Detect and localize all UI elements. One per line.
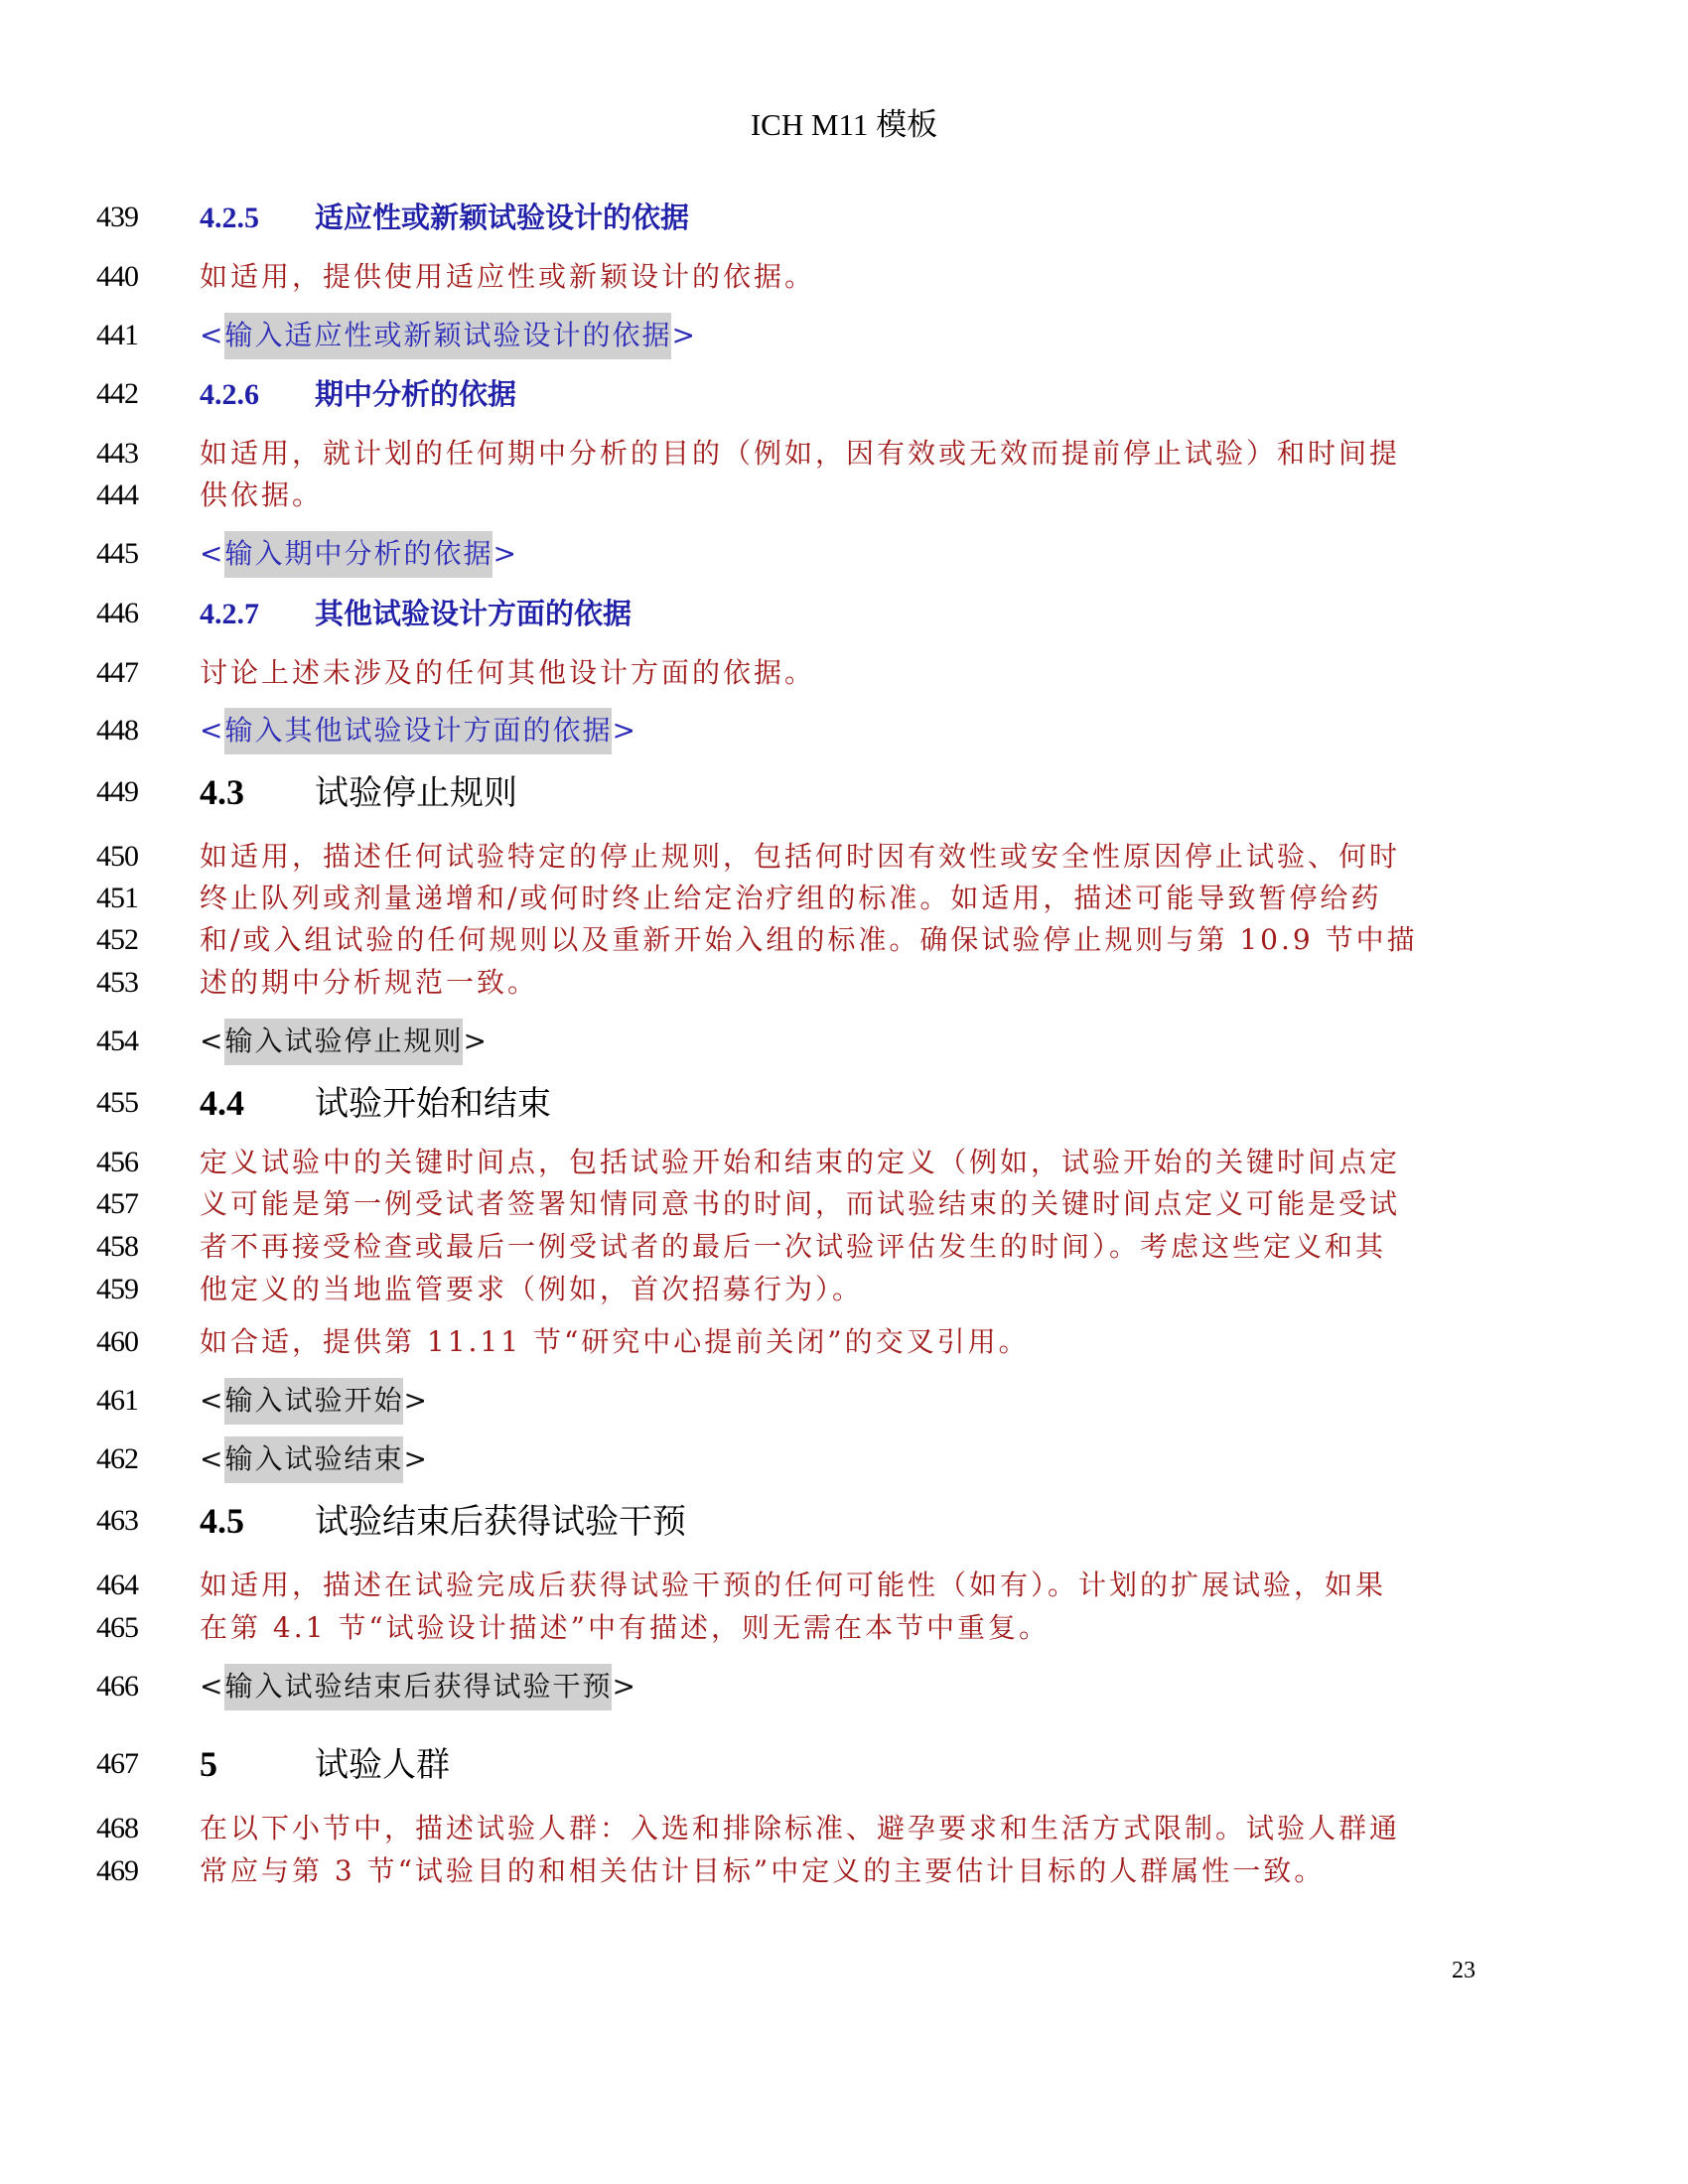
placeholder-input-other-design[interactable]: 输入其他试验设计方面的依据	[224, 708, 612, 754]
instruction-text: 468 在以下小节中，描述试验人群：入选和排除标准、避孕要求和生活方式限制。试验…	[0, 1807, 1688, 1850]
line-number: 453	[96, 961, 156, 1005]
instruction-text: 452 和/或入组试验的任何规则以及重新开始入组的标准。确保试验停止规则与第 1…	[0, 918, 1688, 962]
placeholder-input-trial-end[interactable]: 输入试验结束	[224, 1436, 403, 1483]
instruction-text: 450 如适用，描述任何试验特定的停止规则，包括何时因有效性或安全性原因停止试验…	[0, 835, 1688, 879]
instruction-text-content: 终止队列或剂量递增和/或何时终止给定治疗组的标准。如适用，描述可能导致暂停给药	[200, 877, 1381, 920]
line-number: 449	[96, 770, 156, 814]
placeholder-field: 466 <输入试验结束后获得试验干预>	[0, 1665, 1688, 1708]
section-number: 4.3	[200, 770, 315, 814]
instruction-text-content: 如适用，描述任何试验特定的停止规则，包括何时因有效性或安全性原因停止试验、何时	[200, 835, 1400, 879]
instruction-text: 444 供依据。	[0, 474, 1688, 517]
line-number: 440	[96, 255, 156, 299]
instruction-text: 451 终止队列或剂量递增和/或何时终止给定治疗组的标准。如适用，描述可能导致暂…	[0, 877, 1688, 920]
section-title: 试验结束后获得试验干预	[315, 1502, 686, 1542]
section-number: 4.2.6	[200, 373, 315, 417]
section-number: 4.2.5	[200, 197, 315, 240]
line-number: 461	[96, 1379, 156, 1423]
line-number: 465	[96, 1606, 156, 1650]
line-number: 439	[96, 196, 156, 239]
line-number: 469	[96, 1849, 156, 1893]
bracket-close: >	[612, 1670, 636, 1703]
instruction-text: 447 讨论上述未涉及的任何其他设计方面的依据。	[0, 651, 1688, 695]
bracket-open: <	[200, 714, 224, 747]
section-number: 5	[200, 1742, 315, 1786]
placeholder-field: 462 <输入试验结束>	[0, 1437, 1688, 1481]
placeholder-input-trial-start[interactable]: 输入试验开始	[224, 1378, 403, 1425]
instruction-text: 453 述的期中分析规范一致。	[0, 961, 1688, 1005]
section-title: 适应性或新颖试验设计的依据	[315, 201, 689, 234]
instruction-text-content: 如适用，描述在试验完成后获得试验干预的任何可能性（如有）。计划的扩展试验，如果	[200, 1564, 1386, 1607]
line-number: 450	[96, 835, 156, 879]
bracket-open: <	[200, 537, 224, 570]
line-number: 454	[96, 1020, 156, 1063]
instruction-text: 465 在第 4.1 节“试验设计描述”中有描述，则无需在本节中重复。	[0, 1606, 1688, 1650]
section-heading-4-3: 449 4.3试验停止规则	[0, 770, 1688, 814]
placeholder-field: 441 <输入适应性或新颖试验设计的依据>	[0, 314, 1688, 357]
line-number: 455	[96, 1081, 156, 1125]
line-number: 445	[96, 532, 156, 576]
instruction-text-content: 供依据。	[200, 474, 323, 517]
instruction-text-content: 述的期中分析规范一致。	[200, 961, 538, 1005]
section-heading-5: 467 5试验人群	[0, 1742, 1688, 1786]
section-title: 试验人群	[315, 1745, 450, 1785]
placeholder-input-stopping-rules[interactable]: 输入试验停止规则	[224, 1019, 463, 1065]
line-number: 468	[96, 1807, 156, 1850]
instruction-text-content: 和/或入组试验的任何规则以及重新开始入组的标准。确保试验停止规则与第 10.9 …	[200, 918, 1418, 962]
line-number: 452	[96, 918, 156, 962]
line-number: 459	[96, 1268, 156, 1311]
placeholder-input-interim-analysis[interactable]: 输入期中分析的依据	[224, 531, 492, 578]
placeholder-field: 454 <输入试验停止规则>	[0, 1020, 1688, 1063]
instruction-text-content: 义可能是第一例受试者签署知情同意书的时间，而试验结束的关键时间点定义可能是受试	[200, 1182, 1400, 1226]
instruction-text: 443 如适用，就计划的任何期中分析的目的（例如，因有效或无效而提前停止试验）和…	[0, 432, 1688, 476]
instruction-text: 440 如适用，提供使用适应性或新颖设计的依据。	[0, 255, 1688, 299]
instruction-text: 458 者不再接受检查或最后一例受试者的最后一次试验评估发生的时间）。考虑这些定…	[0, 1225, 1688, 1269]
bracket-open: <	[200, 1384, 224, 1417]
line-number: 464	[96, 1564, 156, 1607]
line-number: 442	[96, 372, 156, 416]
section-title: 期中分析的依据	[315, 377, 516, 411]
bracket-close: >	[492, 537, 517, 570]
section-heading-4-2-5: 439 4.2.5适应性或新颖试验设计的依据	[0, 196, 1688, 239]
instruction-text: 456 定义试验中的关键时间点，包括试验开始和结束的定义（例如，试验开始的关键时…	[0, 1141, 1688, 1184]
instruction-text-content: 如合适，提供第 11.11 节“研究中心提前关闭”的交叉引用。	[200, 1320, 1030, 1364]
bracket-close: >	[463, 1024, 488, 1057]
instruction-text-content: 定义试验中的关键时间点，包括试验开始和结束的定义（例如，试验开始的关键时间点定	[200, 1141, 1400, 1184]
line-number: 443	[96, 432, 156, 476]
instruction-text-content: 在以下小节中，描述试验人群：入选和排除标准、避孕要求和生活方式限制。试验人群通	[200, 1807, 1400, 1850]
line-number: 460	[96, 1320, 156, 1364]
line-number: 457	[96, 1182, 156, 1226]
bracket-close: >	[612, 714, 636, 747]
instruction-text-content: 如适用，就计划的任何期中分析的目的（例如，因有效或无效而提前停止试验）和时间提	[200, 432, 1400, 476]
line-number: 462	[96, 1437, 156, 1481]
instruction-text-content: 常应与第 3 节“试验目的和相关估计目标”中定义的主要估计目标的人群属性一致。	[200, 1849, 1325, 1893]
instruction-text-content: 者不再接受检查或最后一例受试者的最后一次试验评估发生的时间）。考虑这些定义和其	[200, 1225, 1386, 1269]
placeholder-field: 448 <输入其他试验设计方面的依据>	[0, 709, 1688, 752]
bracket-open: <	[200, 1442, 224, 1475]
instruction-text: 464 如适用，描述在试验完成后获得试验干预的任何可能性（如有）。计划的扩展试验…	[0, 1564, 1688, 1607]
section-heading-4-4: 455 4.4试验开始和结束	[0, 1081, 1688, 1125]
instruction-text-content: 他定义的当地监管要求（例如，首次招募行为）。	[200, 1268, 863, 1311]
section-heading-4-2-6: 442 4.2.6期中分析的依据	[0, 372, 1688, 416]
placeholder-input-adaptive-design[interactable]: 输入适应性或新颖试验设计的依据	[224, 313, 671, 359]
bracket-close: >	[671, 319, 696, 351]
line-number: 451	[96, 877, 156, 920]
section-number: 4.5	[200, 1499, 315, 1543]
line-number: 441	[96, 314, 156, 357]
bracket-open: <	[200, 1670, 224, 1703]
section-title: 试验开始和结束	[315, 1084, 551, 1124]
bracket-open: <	[200, 1024, 224, 1057]
line-number: 448	[96, 709, 156, 752]
placeholder-field: 445 <输入期中分析的依据>	[0, 532, 1688, 576]
line-number: 447	[96, 651, 156, 695]
section-number: 4.2.7	[200, 593, 315, 636]
line-number: 458	[96, 1225, 156, 1269]
section-heading-4-5: 463 4.5试验结束后获得试验干预	[0, 1499, 1688, 1543]
instruction-text: 469 常应与第 3 节“试验目的和相关估计目标”中定义的主要估计目标的人群属性…	[0, 1849, 1688, 1893]
page-number: 23	[1452, 1958, 1476, 1984]
instruction-text-content: 讨论上述未涉及的任何其他设计方面的依据。	[200, 651, 815, 695]
line-number: 456	[96, 1141, 156, 1184]
instruction-text: 457 义可能是第一例受试者签署知情同意书的时间，而试验结束的关键时间点定义可能…	[0, 1182, 1688, 1226]
instruction-text: 459 他定义的当地监管要求（例如，首次招募行为）。	[0, 1268, 1688, 1311]
bracket-close: >	[403, 1442, 428, 1475]
line-number: 446	[96, 592, 156, 635]
section-number: 4.4	[200, 1081, 315, 1125]
line-number: 467	[96, 1742, 156, 1786]
bracket-open: <	[200, 319, 224, 351]
bracket-close: >	[403, 1384, 428, 1417]
instruction-text-content: 如适用，提供使用适应性或新颖设计的依据。	[200, 255, 815, 299]
placeholder-field: 461 <输入试验开始>	[0, 1379, 1688, 1423]
section-title: 其他试验设计方面的依据	[315, 597, 632, 630]
instruction-text: 460 如合适，提供第 11.11 节“研究中心提前关闭”的交叉引用。	[0, 1320, 1688, 1364]
section-heading-4-2-7: 446 4.2.7其他试验设计方面的依据	[0, 592, 1688, 635]
instruction-text-content: 在第 4.1 节“试验设计描述”中有描述，则无需在本节中重复。	[200, 1606, 1050, 1650]
section-title: 试验停止规则	[315, 773, 517, 813]
line-number: 466	[96, 1665, 156, 1708]
line-number: 463	[96, 1499, 156, 1543]
page-header-title: ICH M11 模板	[0, 99, 1688, 144]
placeholder-input-post-trial-access[interactable]: 输入试验结束后获得试验干预	[224, 1664, 612, 1710]
line-number: 444	[96, 474, 156, 517]
